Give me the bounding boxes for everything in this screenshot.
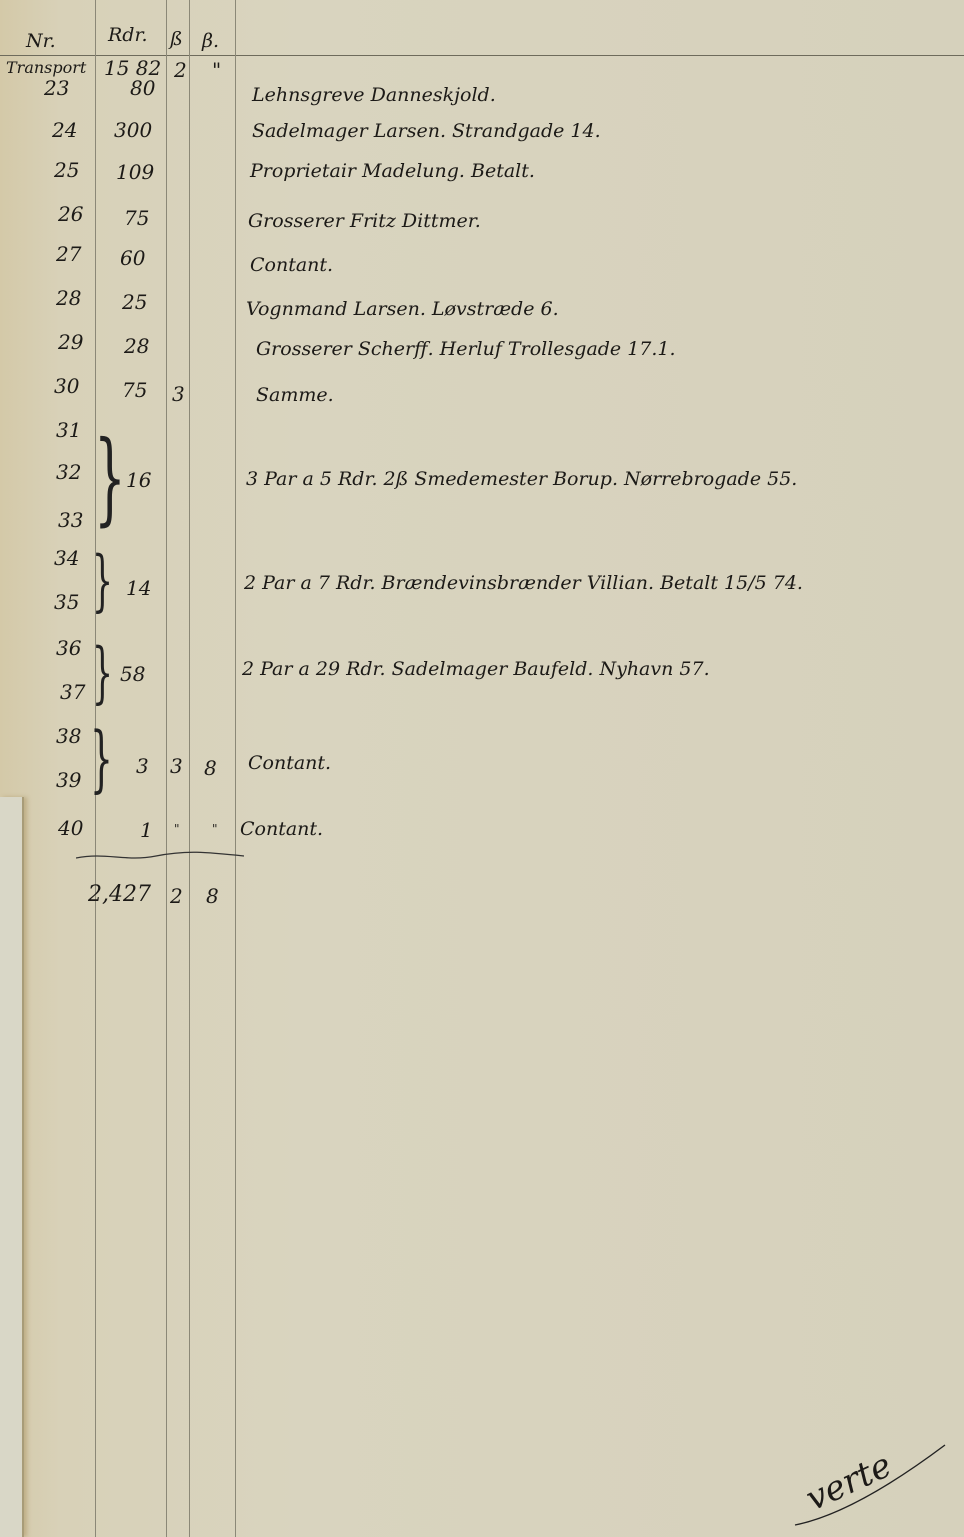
- group-nr: 34: [54, 546, 79, 570]
- row-description: Vognmand Larsen. Løvstræde 6.: [246, 298, 559, 320]
- group-nr: 31: [56, 418, 81, 442]
- group-description: 2 Par a 29 Rdr. Sadelmager Baufeld. Nyha…: [242, 658, 710, 680]
- row-nr: 24: [52, 118, 77, 142]
- ledger-page: Nr. Rdr. ß β. Transport 15 82 2 " 23 80 …: [0, 0, 964, 1537]
- row-nr: 23: [44, 76, 69, 100]
- row-description: Contant.: [250, 254, 333, 276]
- group-mark: 3: [170, 754, 183, 778]
- group-nr: 38: [56, 724, 81, 748]
- group-nr: 36: [56, 636, 81, 660]
- row-mark: 3: [172, 382, 185, 406]
- group-description: 3 Par a 5 Rdr. 2ß Smedemester Borup. Nør…: [246, 468, 797, 490]
- verte-flourish: verte: [785, 1395, 955, 1535]
- row-rdr: 28: [124, 334, 149, 358]
- group-description: 2 Par a 7 Rdr. Brændevinsbrænder Villian…: [244, 572, 803, 594]
- group-nr: 37: [60, 680, 85, 704]
- header-rdr: Rdr.: [108, 24, 148, 46]
- row-nr: 25: [54, 158, 79, 182]
- brace-icon: }: [94, 428, 126, 528]
- group-nr: 33: [58, 508, 83, 532]
- column-rule-skilling: [235, 0, 236, 1537]
- total-rdr: 2,427: [88, 882, 151, 907]
- row-rdr: 60: [120, 246, 145, 270]
- group-rdr: 58: [120, 662, 145, 686]
- row-nr: 28: [56, 286, 81, 310]
- total-mark: 2: [170, 884, 183, 908]
- row-nr: 29: [58, 330, 83, 354]
- group-nr: 39: [56, 768, 81, 792]
- row-nr: 40: [58, 816, 83, 840]
- row-nr: 30: [54, 374, 79, 398]
- row-description: Grosserer Scherff. Herluf Trollesgade 17…: [256, 338, 676, 360]
- row-description: Sadelmager Larsen. Strandgade 14.: [252, 120, 601, 142]
- row-rdr: 300: [114, 118, 152, 142]
- row-rdr: 1: [140, 818, 153, 842]
- row-rdr: 75: [124, 206, 149, 230]
- header-skilling: β.: [202, 30, 219, 52]
- row-rdr: 25: [122, 290, 147, 314]
- group-description: Contant.: [248, 752, 331, 774]
- group-nr: 32: [56, 460, 81, 484]
- group-nr: 35: [54, 590, 79, 614]
- header-nr: Nr.: [26, 30, 56, 52]
- header-mark: ß: [170, 28, 183, 50]
- column-rule-rdr: [166, 0, 167, 1537]
- brace-icon: }: [92, 640, 113, 706]
- row-nr: 27: [56, 242, 81, 266]
- group-rdr: 14: [126, 576, 151, 600]
- column-rule-mark: [189, 0, 190, 1537]
- mounted-paper-strip: [0, 797, 24, 1537]
- row-rdr: 109: [116, 160, 154, 184]
- transport-label: Transport: [6, 58, 86, 77]
- group-skilling: 8: [204, 756, 217, 780]
- total-underline: [76, 850, 244, 862]
- row-description: Proprietair Madelung. Betalt.: [250, 160, 535, 182]
- row-mark: ": [174, 822, 180, 836]
- row-description: Lehnsgreve Danneskjold.: [252, 84, 496, 106]
- row-rdr: 80: [130, 76, 155, 100]
- brace-icon: }: [90, 722, 113, 794]
- total-skilling: 8: [206, 884, 219, 908]
- row-nr: 26: [58, 202, 83, 226]
- transport-skilling: ": [212, 58, 221, 82]
- row-rdr: 75: [122, 378, 147, 402]
- group-rdr: 16: [126, 468, 151, 492]
- row-description: Contant.: [240, 818, 323, 840]
- row-description: Samme.: [256, 384, 334, 406]
- group-rdr: 3: [136, 754, 149, 778]
- verte-text: verte: [800, 1445, 898, 1519]
- row-description: Grosserer Fritz Dittmer.: [248, 210, 481, 232]
- brace-icon: }: [92, 548, 113, 614]
- transport-mark: 2: [174, 58, 187, 82]
- row-skilling: ": [212, 822, 218, 836]
